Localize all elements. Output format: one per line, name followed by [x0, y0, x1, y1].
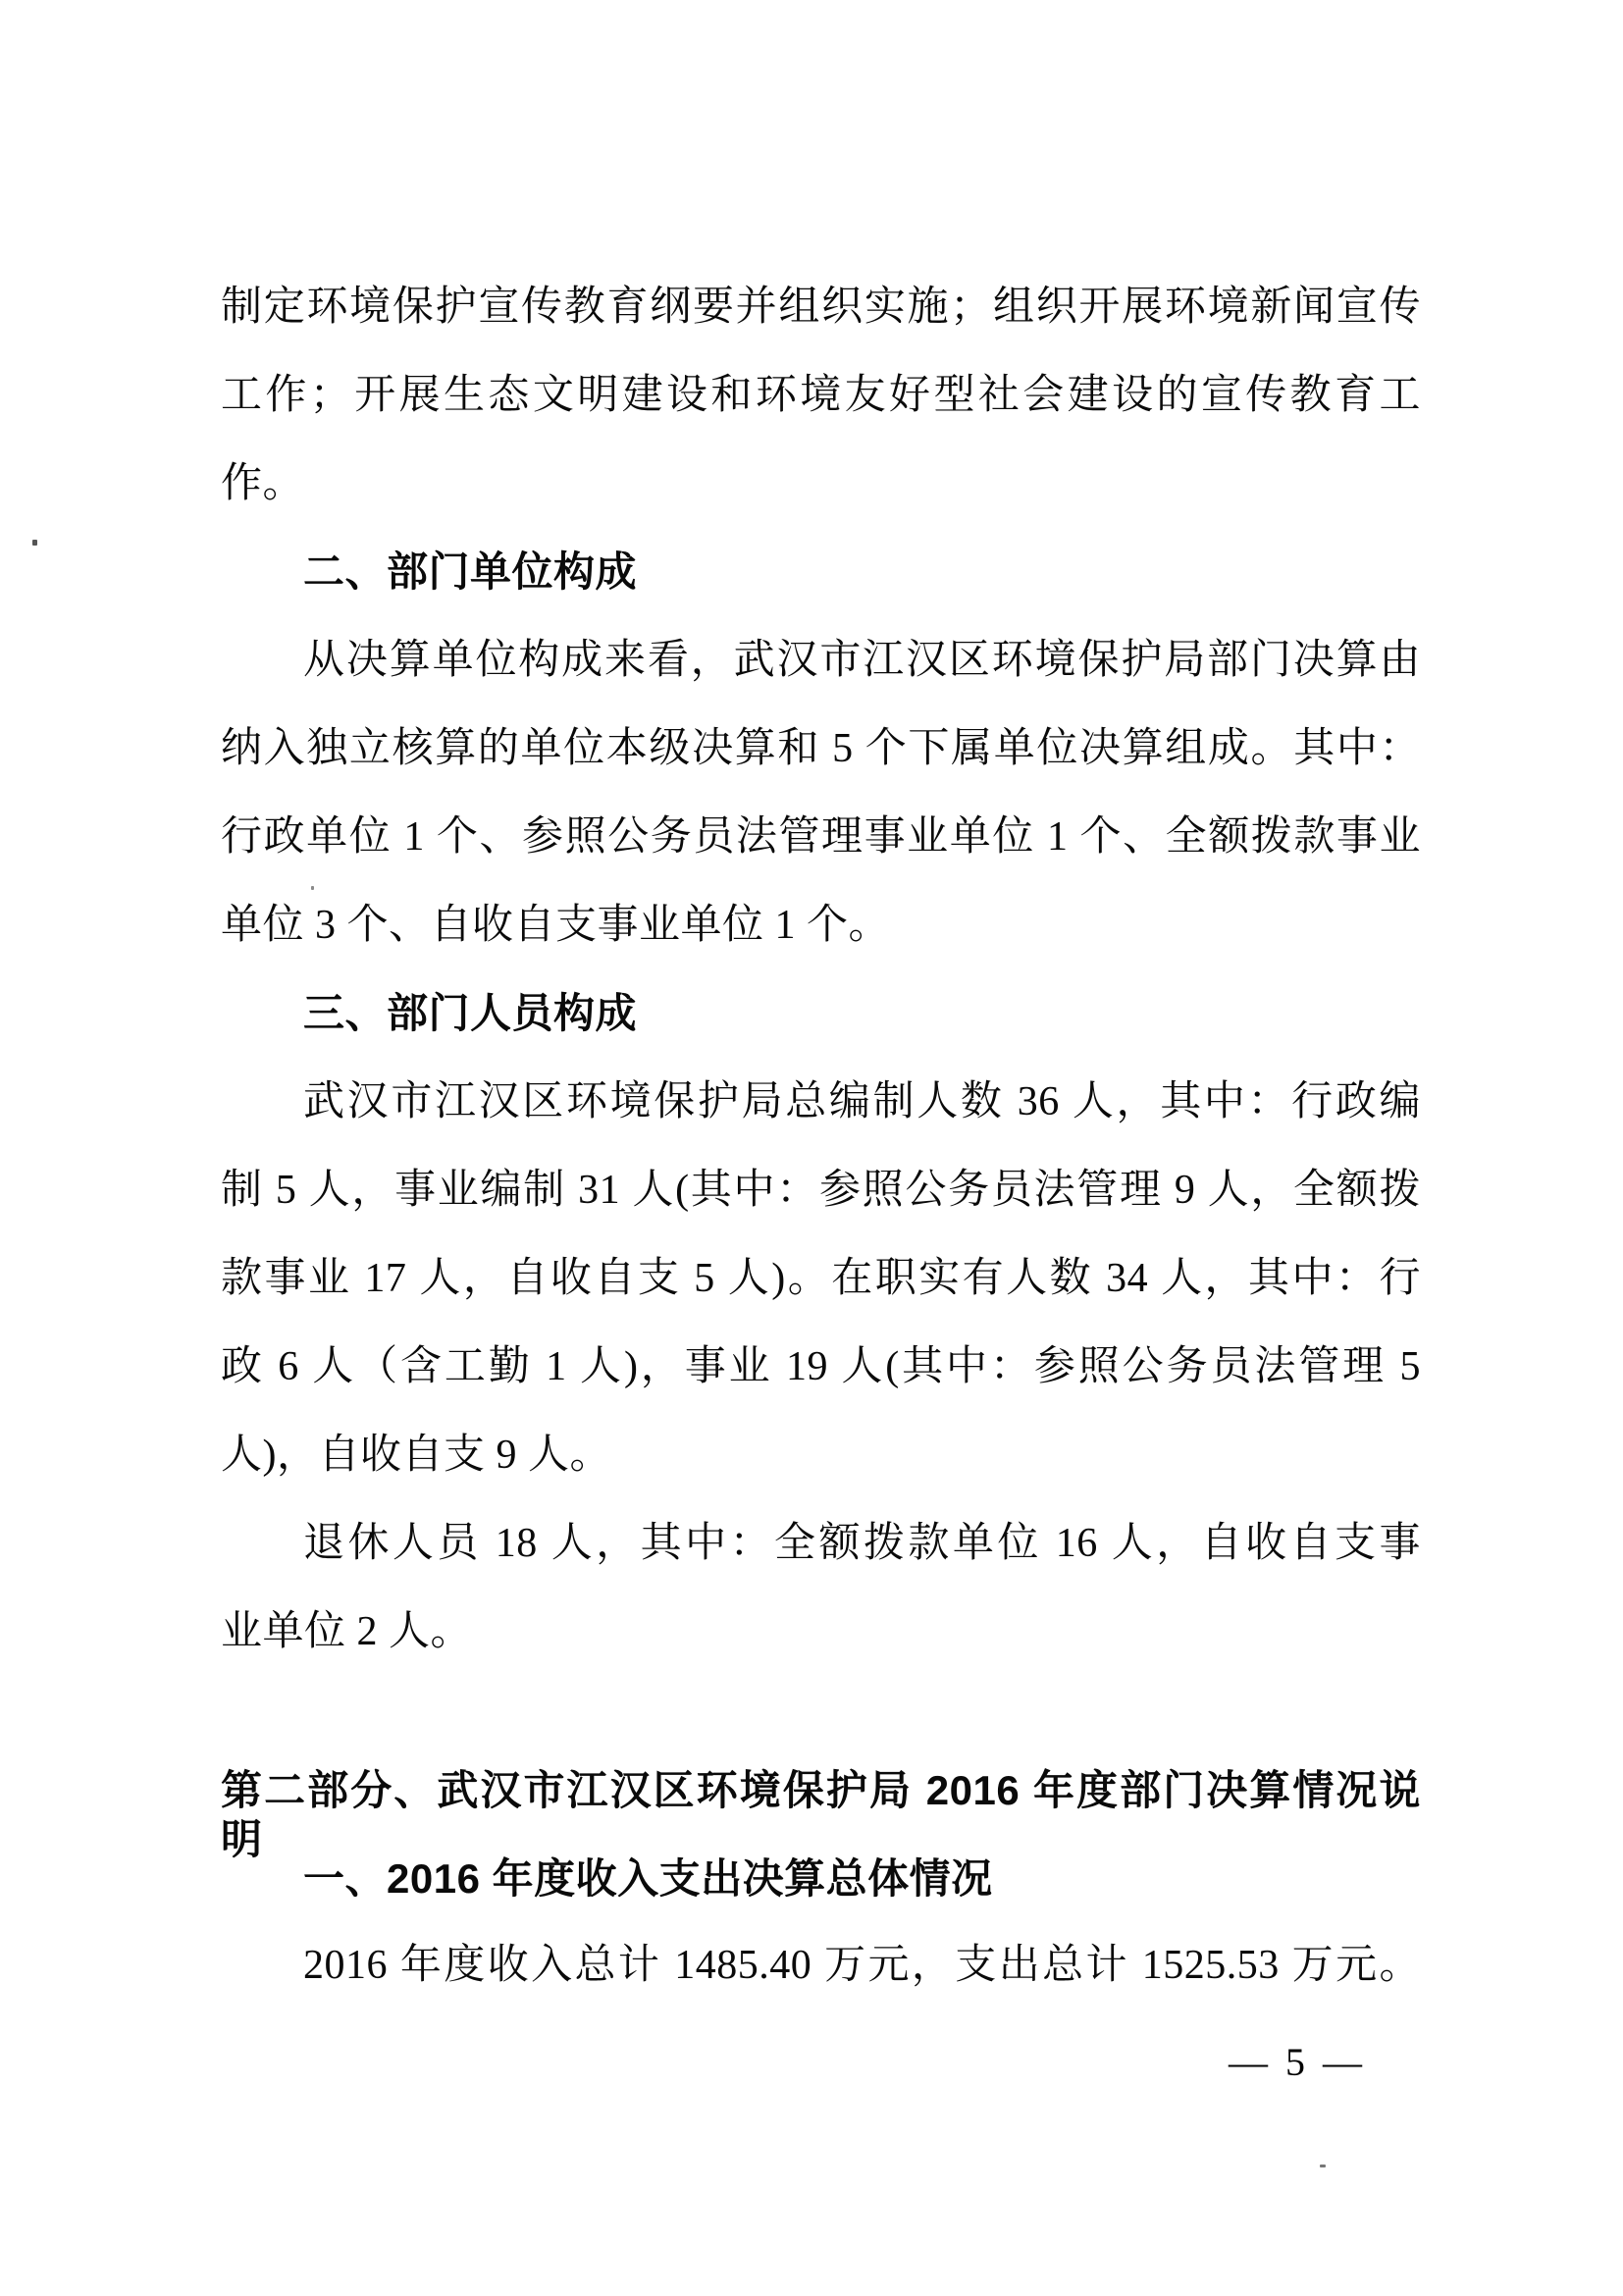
page-number: — 5 —	[1229, 2039, 1366, 2086]
paragraph-line: 款事业 17 人，自收自支 5 人)。在职实有人数 34 人，其中：行	[221, 1254, 1421, 1303]
paragraph-line: 业单位 2 人。	[221, 1607, 1421, 1656]
part2-title-heading: 第二部分、武汉市江汉区环境保护局 2016 年度部门决算情况说明	[221, 1766, 1421, 1864]
paragraph-line: 政 6 人（含工勤 1 人)，事业 19 人(其中：参照公务员法管理 5	[221, 1342, 1421, 1391]
scan-speck	[1320, 2165, 1326, 2167]
scan-speck	[32, 540, 37, 546]
paragraph-line: 作。	[221, 459, 1421, 508]
paragraph-line: 人)，自收自支 9 人。	[221, 1431, 1421, 1480]
section-heading-unit-composition: 二、部门单位构成	[221, 548, 1421, 597]
paragraph-line: 2016 年度收入总计 1485.40 万元，支出总计 1525.53 万元。	[221, 1941, 1421, 1990]
document-page: 制定环境保护宣传教育纲要并组织实施；组织开展环境新闻宣传 工作；开展生态文明建设…	[0, 0, 1623, 2296]
scan-speck	[311, 886, 314, 890]
paragraph-line: 单位 3 个、自收自支事业单位 1 个。	[221, 901, 1421, 950]
section-heading-staff-composition: 三、部门人员构成	[221, 989, 1421, 1038]
paragraph-line: 行政单位 1 个、参照公务员法管理事业单位 1 个、全额拨款事业	[221, 812, 1421, 861]
section-heading-budget-overview: 一、2016 年度收入支出决算总体情况	[221, 1854, 1421, 1904]
paragraph-line: 从决算单位构成来看，武汉市江汉区环境保护局部门决算由	[221, 636, 1421, 685]
paragraph-line: 制 5 人，事业编制 31 人(其中：参照公务员法管理 9 人，全额拨	[221, 1166, 1421, 1215]
paragraph-line: 退休人员 18 人，其中：全额拨款单位 16 人，自收自支事	[221, 1519, 1421, 1568]
paragraph-line: 制定环境保护宣传教育纲要并组织实施；组织开展环境新闻宣传	[221, 283, 1421, 332]
paragraph-line: 纳入独立核算的单位本级决算和 5 个下属单位决算组成。其中：	[221, 724, 1421, 773]
paragraph-line: 武汉市江汉区环境保护局总编制人数 36 人，其中：行政编	[221, 1077, 1421, 1126]
paragraph-line: 工作；开展生态文明建设和环境友好型社会建设的宣传教育工	[221, 371, 1421, 420]
